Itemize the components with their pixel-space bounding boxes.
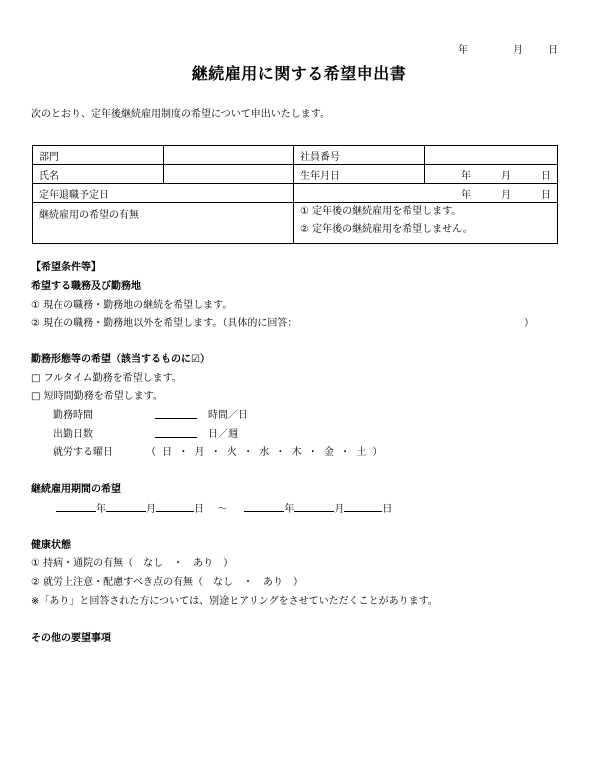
period-heading: 継続雇用期間の希望 (31, 484, 121, 496)
start-month-unit: 月 (146, 504, 156, 515)
job-option-2[interactable]: ② 現在の職務・勤務地以外を希望します。（具体的に回答： (31, 318, 297, 330)
health-item-1[interactable]: ① 持病・通院の有無（ なし ・ あり ） (31, 558, 233, 570)
start-day-field[interactable] (156, 503, 194, 512)
name-label: 氏名 (33, 165, 164, 184)
start-day-unit: 日 (194, 504, 204, 515)
employee-no-label: 社員番号 (293, 146, 424, 165)
tilde: ～ (217, 504, 227, 515)
retirement-field[interactable]: 年月日 (293, 184, 557, 203)
intro-text: 次のとおり、定年後継続雇用制度の希望について申出いたします。 (31, 109, 330, 121)
name-field[interactable] (164, 165, 294, 184)
health-item-2[interactable]: ② 就労上注意・配慮すべき点の有無（ なし ・ あり ） (31, 577, 303, 589)
end-year-field[interactable] (244, 503, 284, 512)
retire-day: 日 (511, 186, 551, 201)
retire-month: 月 (471, 186, 511, 201)
birthdate-label: 生年月日 (293, 165, 424, 184)
end-month-unit: 月 (334, 504, 344, 515)
retire-year: 年 (431, 186, 471, 201)
end-day-unit: 日 (382, 504, 392, 515)
department-label: 部門 (33, 146, 164, 165)
birth-year: 年 (431, 167, 471, 182)
work-hours-unit: 時間／日 (208, 410, 248, 422)
work-hours-label: 勤務時間 (53, 410, 93, 422)
job-close-paren: ） (524, 318, 534, 330)
employee-no-field[interactable] (424, 146, 557, 165)
start-year-unit: 年 (96, 504, 106, 515)
start-month-field[interactable] (106, 503, 146, 512)
work-days-label: 出勤日数 (53, 429, 93, 441)
date-month: 月 (498, 45, 538, 57)
date-year: 年 (458, 45, 498, 57)
page-title: 継続雇用に関する希望申出書 (0, 64, 598, 84)
submission-date: 年月日 (458, 45, 558, 57)
job-heading: 希望する職務及び勤務地 (31, 281, 141, 293)
other-heading: その他の要望事項 (31, 633, 111, 645)
conditions-heading: 【希望条件等】 (31, 262, 101, 274)
continue-label: 継続雇用の希望の有無 (33, 203, 294, 244)
birth-day: 日 (511, 167, 551, 182)
job-option-1[interactable]: ① 現在の職務・勤務地の継続を希望します。 (31, 300, 232, 312)
end-month-field[interactable] (294, 503, 334, 512)
info-table: 部門 社員番号 氏名 生年月日 年月日 定年退職予定日 年月日 継続雇用の希望の… (32, 145, 558, 244)
work-days-unit: 日／週 (208, 429, 238, 441)
retirement-label: 定年退職予定日 (33, 184, 294, 203)
start-year-field[interactable] (56, 503, 96, 512)
health-note: ※「あり」と回答された方については、別途ヒアリングをさせていただくことがあります… (31, 596, 438, 608)
health-heading: 健康状態 (31, 540, 71, 552)
continue-option-no[interactable]: ② 定年後の継続雇用を希望しません。 (300, 221, 551, 239)
form-heading: 勤務形態等の希望（該当するものに☑） (31, 354, 210, 366)
work-hours-field[interactable] (155, 410, 197, 419)
period-range: 年月日 ～ 年月日 (56, 503, 392, 516)
form-option-parttime[interactable]: □ 短時間勤務を希望します。 (31, 391, 163, 403)
end-year-unit: 年 (284, 504, 294, 515)
date-day: 日 (538, 45, 558, 57)
department-field[interactable] (164, 146, 294, 165)
birth-month: 月 (471, 167, 511, 182)
continue-option-yes[interactable]: ① 定年後の継続雇用を希望します。 (300, 203, 551, 221)
end-day-field[interactable] (344, 503, 382, 512)
birthdate-field[interactable]: 年月日 (424, 165, 557, 184)
continue-options: ① 定年後の継続雇用を希望します。 ② 定年後の継続雇用を希望しません。 (293, 203, 557, 244)
weekdays-options[interactable]: （ 日 ・ 月 ・ 火 ・ 水 ・ 木 ・ 金 ・ 土 ） (146, 447, 383, 459)
weekdays-label: 就労する曜日 (53, 447, 113, 459)
form-option-fulltime[interactable]: □ フルタイム勤務を希望します。 (31, 373, 182, 385)
work-days-field[interactable] (155, 429, 197, 438)
